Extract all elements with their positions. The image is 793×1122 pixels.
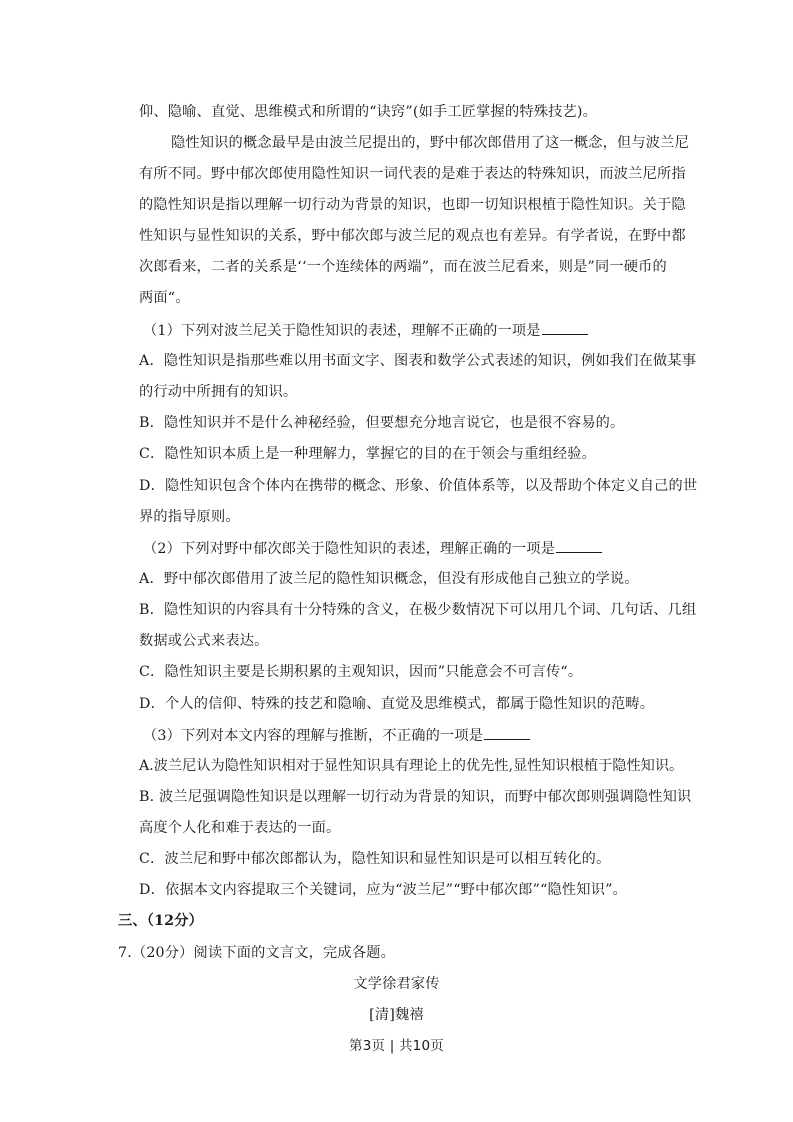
paragraph-line: 性知识与显性知识的关系，野中郁次郎与波兰尼的观点也有差异。有学者说，在野中都 [139, 226, 686, 246]
option-3d: D．依据本文内容提取三个关键词，应为“波兰尼”“野中郁次郎”“隐性知识”。 [139, 880, 627, 900]
paragraph-continuation: 仰、隐喻、直觉、思维模式和所谓的“诀窍”(如手工匠掌握的特殊技艺)。 [139, 102, 597, 122]
paragraph-line: 有所不同。野中郁次郎使用隐性知识一词代表的是难于表达的特殊知识，而波兰尼所指 [139, 164, 686, 184]
answer-blank [556, 538, 602, 553]
answer-blank [484, 725, 530, 740]
option-3b-cont: 高度个人化和难于表达的一面。 [139, 818, 340, 838]
classical-text-author: [清]魏禧 [0, 1005, 793, 1025]
page-indicator: 第3页 | 共10页 [0, 1036, 793, 1056]
question-stem-text: （1）下列对波兰尼关于隐性知识的表述，理解不正确的一项是 [143, 323, 541, 339]
option-2d: D．个人的信仰、特殊的技艺和隐喻、直觉及思维模式，都属于隐性知识的范畴。 [139, 694, 654, 714]
question-7: 7.（20分）阅读下面的文言文，完成各题。 [118, 943, 395, 963]
question-stem-text: （3）下列对本文内容的理解与推断，不正确的一项是 [143, 728, 483, 744]
paragraph-line: 的隐性知识是指以理解一切行动为背景的知识，也即一切知识根植于隐性知识。关于隐 [139, 195, 686, 215]
option-1a: A．隐性知识是指那些难以用书面文字、图表和数学公式表述的知识，例如我们在做某事 [139, 351, 696, 371]
option-2a: A．野中郁次郎借用了波兰尼的隐性知识概念，但没有形成他自己独立的学说。 [139, 569, 639, 589]
section-heading: 三、（12分） [118, 911, 203, 931]
option-2c: C．隐性知识主要是长期积累的主观知识，因而”只能意会不可言传“。 [139, 662, 582, 682]
paragraph-line: 两面“。 [139, 288, 190, 308]
option-1a-cont: 的行动中所拥有的知识。 [139, 382, 297, 402]
paragraph-line: 次郎看来，二者的关系是‘‘一个连续体的两端”，而在波兰尼看来，则是”同一硬币的 [139, 257, 667, 277]
option-1c: C．隐性知识本质上是一种理解力，掌握它的目的在于领会与重组经验。 [139, 444, 596, 464]
answer-blank [542, 320, 588, 335]
option-1d-cont: 界的指导原则。 [139, 507, 240, 527]
question-1-stem: （1）下列对波兰尼关于隐性知识的表述，理解不正确的一项是 [143, 320, 588, 341]
option-1b: B．隐性知识并不是什么神秘经验，但要想充分地言说它，也是很不容易的。 [139, 413, 624, 433]
question-stem-text: （2）下列对野中郁次郎关于隐性知识的表述，理解正确的一项是 [143, 541, 555, 557]
question-3-stem: （3）下列对本文内容的理解与推断，不正确的一项是 [143, 725, 530, 746]
option-3b: B. 波兰尼强调隐性知识是以理解一切行动为背景的知识，而野中郁次郎则强调隐性知识 [139, 787, 691, 807]
option-3a: A.波兰尼认为隐性知识相对于显性知识具有理论上的优先性,显性知识根植于隐性知识。 [139, 756, 683, 776]
classical-text-title: 文学徐君家传 [0, 974, 793, 994]
option-2b: B．隐性知识的内容具有十分特殊的含义，在极少数情况下可以用几个词、几句话、几组 [139, 600, 696, 620]
option-1d: D．隐性知识包含个体内在携带的概念、形象、价值体系等，以及帮助个体定义自己的世 [139, 476, 697, 496]
option-3c: C．波兰尼和野中郁次郎都认为，隐性知识和显性知识是可以相互转化的。 [139, 849, 610, 869]
paragraph-line: 隐性知识的概念最早是由波兰尼提出的，野中郁次郎借用了这一概念，但与波兰尼 [171, 133, 689, 153]
option-2b-cont: 数据或公式来表达。 [139, 631, 269, 651]
question-2-stem: （2）下列对野中郁次郎关于隐性知识的表述，理解正确的一项是 [143, 538, 602, 559]
